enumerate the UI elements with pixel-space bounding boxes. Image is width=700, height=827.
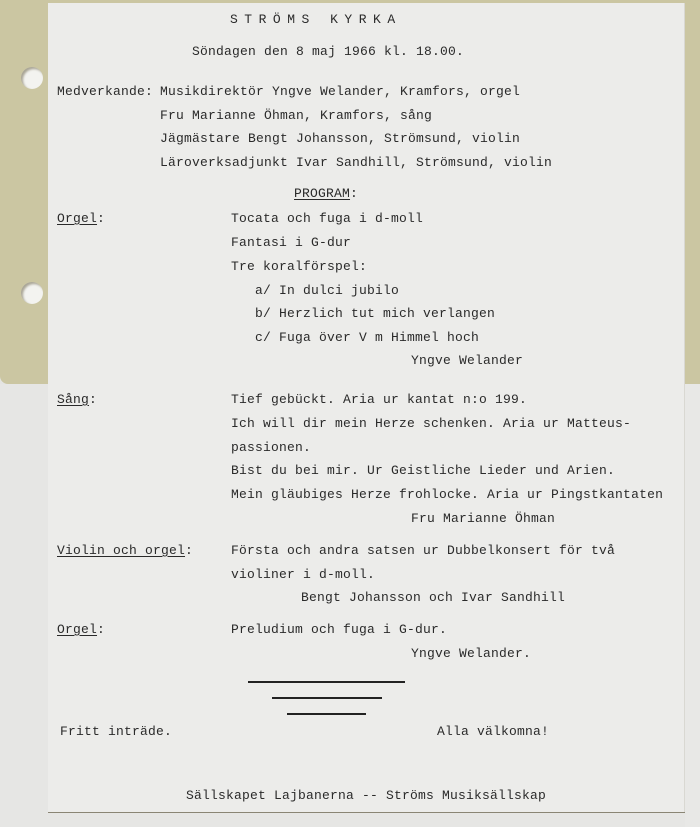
program-subitem: c/ Fuga över V m Himmel hoch [255, 330, 479, 346]
program-heading: PROGRAM: [294, 186, 358, 202]
punch-hole-bottom [21, 282, 43, 304]
divider-rule-short [287, 713, 366, 715]
program-item: Tief gebückt. Aria ur kantat n:o 199. [231, 392, 527, 408]
section-performer: Fru Marianne Öhman [411, 511, 555, 527]
paper-bottom-edge [48, 812, 685, 813]
program-item: Mein gläubiges Herze frohlocke. Aria ur … [231, 487, 663, 503]
right-margin-strip [685, 384, 700, 827]
performer-line: Läroverksadjunkt Ivar Sandhill, Strömsun… [160, 155, 552, 171]
program-item: Tocata och fuga i d-moll [231, 211, 423, 227]
program-item: violiner i d-moll. [231, 567, 375, 583]
organizers-line: Sällskapet Lajbanerna -- Ströms Musiksäl… [186, 788, 546, 804]
program-subitem: b/ Herzlich tut mich verlangen [255, 306, 495, 322]
program-item: Preludium och fuga i G-dur. [231, 622, 447, 638]
section-label-sang: Sång: [57, 392, 97, 408]
date-line: Söndagen den 8 maj 1966 kl. 18.00. [192, 44, 464, 60]
section-performer: Bengt Johansson och Ivar Sandhill [301, 590, 565, 606]
program-subitem: a/ In dulci jubilo [255, 283, 399, 299]
program-item: Första och andra satsen ur Dubbelkonsert… [231, 543, 615, 559]
performer-line: Musikdirektör Yngve Welander, Kramfors, … [160, 84, 520, 100]
typed-program-sheet [48, 3, 685, 813]
program-item: Fantasi i G-dur [231, 235, 351, 251]
program-item: passionen. [231, 440, 311, 456]
divider-rule-long [248, 681, 405, 683]
welcome-note: Alla välkomna! [437, 724, 549, 740]
section-label-orgel-2: Orgel: [57, 622, 105, 638]
section-label-orgel: Orgel: [57, 211, 105, 227]
program-item: Ich will dir mein Herze schenken. Aria u… [231, 416, 631, 432]
performer-line: Fru Marianne Öhman, Kramfors, sång [160, 108, 432, 124]
program-item: Tre koralförspel: [231, 259, 367, 275]
paper-right-edge [684, 3, 685, 813]
free-entry-note: Fritt inträde. [60, 724, 172, 740]
performer-line: Jägmästare Bengt Johansson, Strömsund, v… [160, 131, 520, 147]
program-item: Bist du bei mir. Ur Geistliche Lieder un… [231, 463, 615, 479]
document-title: STRÖMS KYRKA [230, 12, 402, 28]
performers-label: Medverkande: [57, 84, 153, 100]
section-performer: Yngve Welander. [411, 646, 531, 662]
punch-hole-top [21, 67, 43, 89]
divider-rule-medium [272, 697, 382, 699]
section-label-violin-och-orgel: Violin och orgel: [57, 543, 193, 559]
section-performer: Yngve Welander [411, 353, 523, 369]
